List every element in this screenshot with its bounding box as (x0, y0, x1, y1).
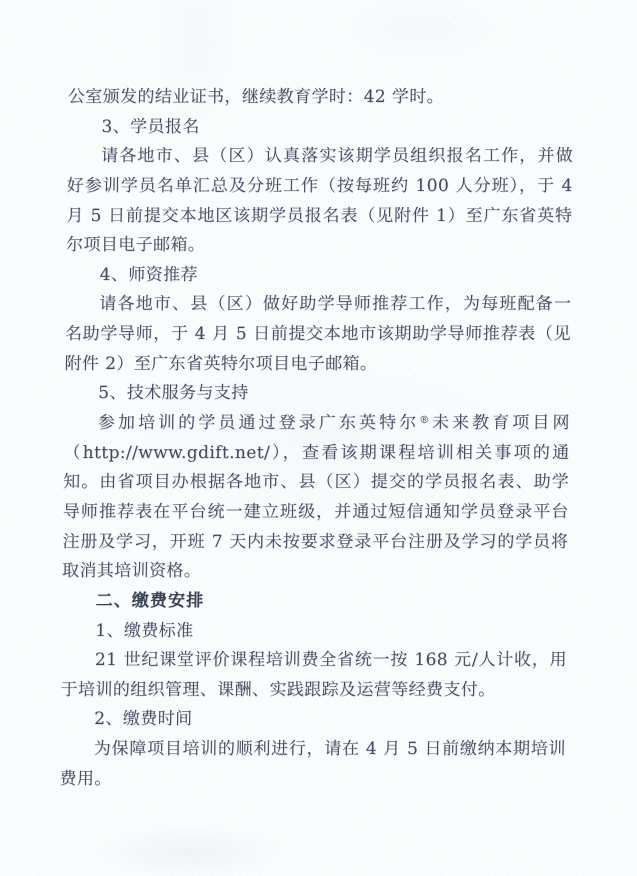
scanned-page: 公室颁发的结业证书，继续教育学时：42 学时。3、学员报名请各地市、县（区）认真… (0, 0, 637, 876)
text-line: 3、学员报名 (67, 113, 573, 143)
text-line: 好参训学员名单汇总及分班工作（按每班约 100 人分班），于 4 (67, 172, 573, 202)
text-line: 于培训的组织管理、课酬、实践跟踪及运营等经费支付。 (60, 676, 566, 706)
text-line: 月 5 日前提交本地区该期学员报名表（见附件 1）至广东省英特 (66, 202, 572, 232)
text-line: 1、缴费标准 (61, 617, 567, 647)
text-line: 请各地市、县（区）认真落实该期学员组织报名工作，并做 (67, 142, 573, 172)
registered-trademark-symbol: ® (419, 415, 429, 426)
text-line: 为保障项目培训的顺利进行，请在 4 月 5 日前缴纳本期培训 (60, 735, 566, 765)
section-heading: 二、缴费安排 (61, 587, 567, 617)
text-line: 附件 2）至广东省英特尔项目电子邮箱。 (64, 350, 570, 380)
document-text-block: 公室颁发的结业证书，继续教育学时：42 学时。3、学员报名请各地市、县（区）认真… (59, 83, 574, 794)
text-line: 费用。 (59, 765, 565, 795)
text-line: 名助学导师，于 4 月 5 日前提交本地市该期助学导师推荐表（见 (65, 320, 571, 350)
text-line: 尔项目电子邮箱。 (66, 231, 572, 261)
text-line: 取消其培训资格。 (62, 557, 568, 587)
text-segment: 参加培训的学员通过登录广东英特尔 (98, 413, 420, 433)
text-line: 注册及学习，开班 7 天内未按要求登录平台注册及学习的学员将 (62, 528, 568, 558)
text-line: 公室颁发的结业证书，继续教育学时：42 学时。 (68, 83, 574, 113)
text-segment: 未来教育项目网 (429, 413, 570, 433)
text-line: 请各地市、县（区）做好助学导师推荐工作，为每班配备一 (65, 290, 571, 320)
text-line: （http://www.gdift.net/），查看该期课程培训相关事项的通 (63, 439, 569, 469)
text-line: 知。由省项目办根据各地市、县（区）提交的学员报名表、助学 (63, 468, 569, 498)
text-line: 2、缴费时间 (60, 705, 566, 735)
text-line: 参加培训的学员通过登录广东英特尔®未来教育项目网 (64, 409, 570, 439)
text-line: 21 世纪课堂评价课程培训费全省统一按 168 元/人计收，用 (61, 646, 567, 676)
text-line: 导师推荐表在平台统一建立班级，并通过短信通知学员登录平台 (63, 498, 569, 528)
text-line: 5、技术服务与支持 (64, 379, 570, 409)
text-line: 4、师资推荐 (65, 261, 571, 291)
